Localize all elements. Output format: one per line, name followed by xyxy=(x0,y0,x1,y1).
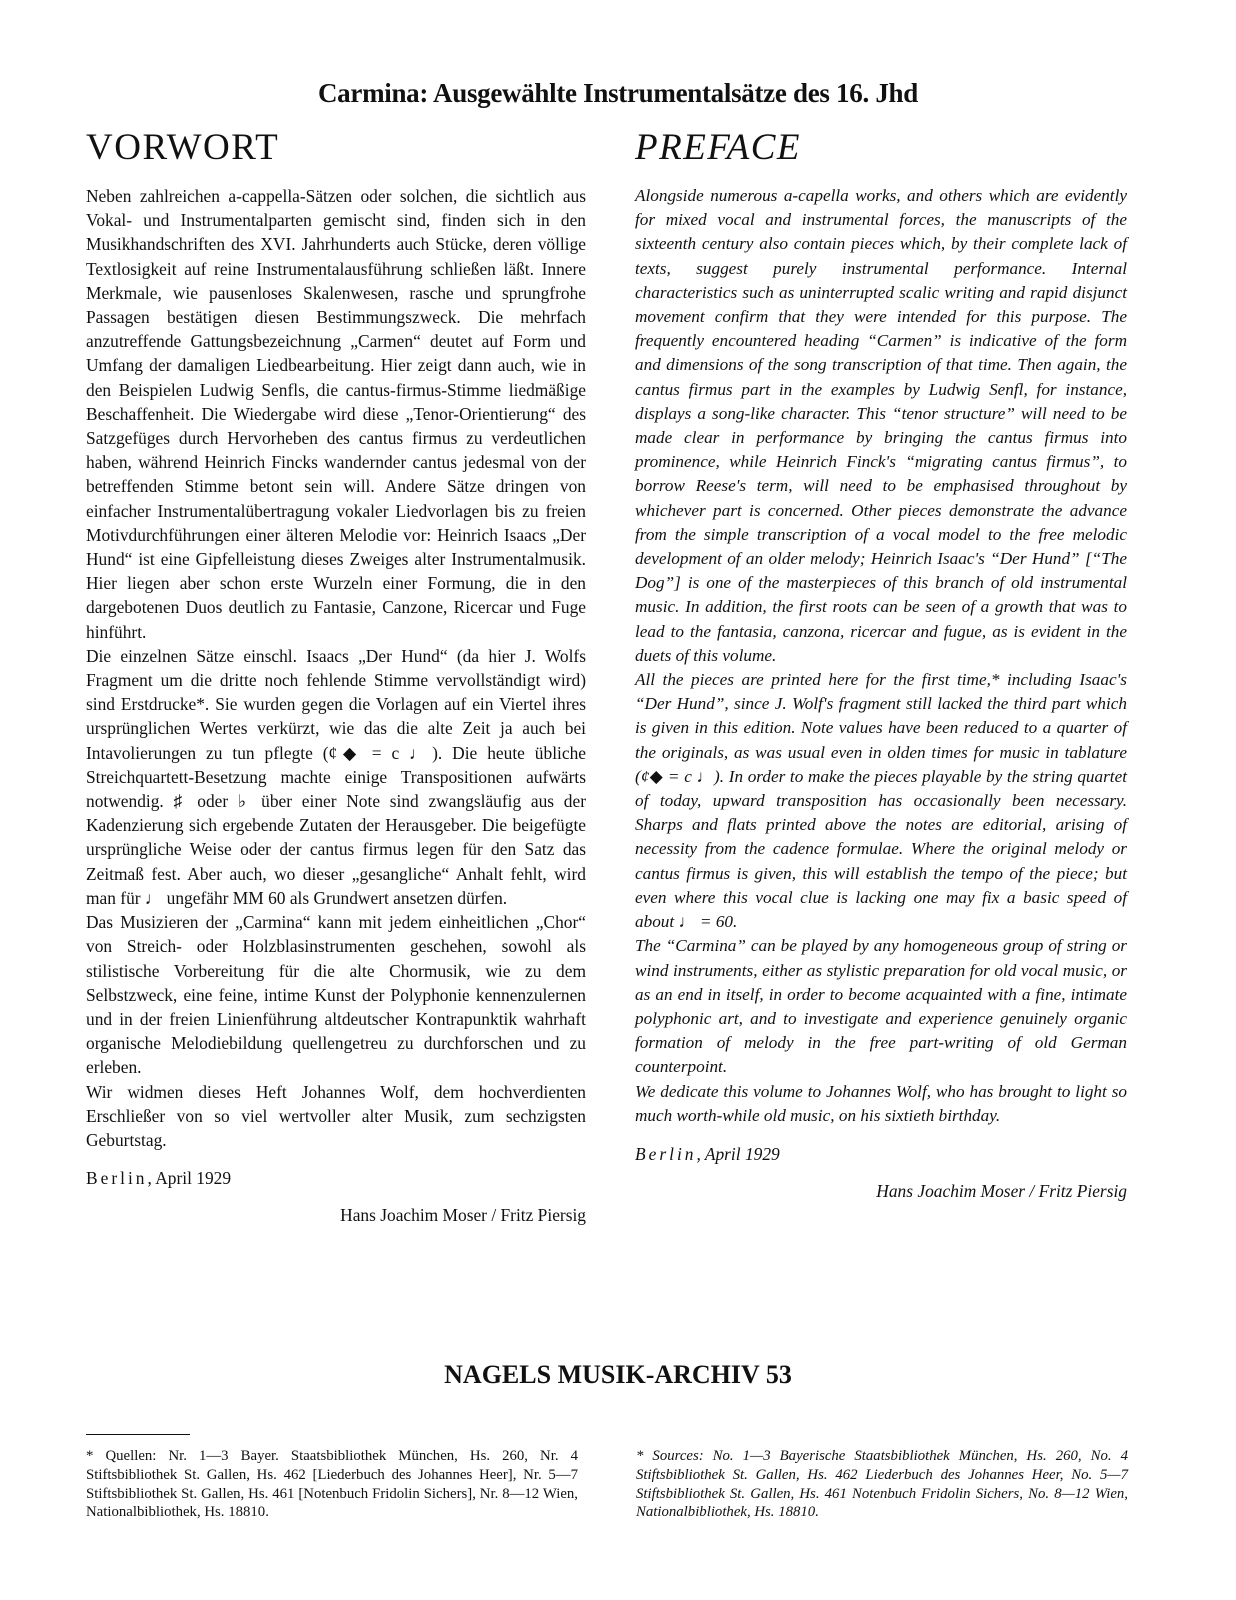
english-paragraph: All the pieces are printed here for the … xyxy=(635,668,1127,934)
german-heading: VORWORT xyxy=(86,126,586,170)
footnote-rule xyxy=(86,1434,190,1435)
german-paragraph: Das Musizieren der „Carmina“ kann mit je… xyxy=(86,910,586,1079)
german-footnote: * Quellen: Nr. 1—3 Bayer. Staatsbiblioth… xyxy=(86,1447,578,1522)
series-title: NAGELS MUSIK-ARCHIV 53 xyxy=(0,1360,1236,1390)
page-title: Carmina: Ausgewählte Instrumentalsätze d… xyxy=(0,78,1236,109)
german-paragraph: Neben zahlreichen a-cappella-Sätzen oder… xyxy=(86,184,586,644)
english-preface-column: PREFACE Alongside numerous a-capella wor… xyxy=(635,126,1127,1202)
german-place-date: Berlin, April 1929 xyxy=(86,1168,586,1189)
english-date: , April 1929 xyxy=(696,1144,779,1164)
english-city: Berlin xyxy=(635,1144,696,1164)
german-date: , April 1929 xyxy=(147,1168,231,1188)
german-preface-column: VORWORT Neben zahlreichen a-cappella-Sät… xyxy=(86,126,586,1226)
english-paragraph: Alongside numerous a-capella works, and … xyxy=(635,184,1127,668)
german-city: Berlin xyxy=(86,1168,147,1188)
english-body: Alongside numerous a-capella works, and … xyxy=(635,184,1127,1128)
english-heading: PREFACE xyxy=(635,126,1127,170)
english-footnote: * Sources: No. 1—3 Bayerische Staatsbibl… xyxy=(636,1447,1128,1522)
english-paragraph: The “Carmina” can be played by any homog… xyxy=(635,934,1127,1079)
german-paragraph: Die einzelnen Sätze einschl. Isaacs „Der… xyxy=(86,644,586,910)
english-signatures: Hans Joachim Moser / Fritz Piersig xyxy=(635,1181,1127,1202)
english-place-date: Berlin, April 1929 xyxy=(635,1144,1127,1165)
german-paragraph: Wir widmen dieses Heft Johannes Wolf, de… xyxy=(86,1080,586,1153)
english-paragraph: We dedicate this volume to Johannes Wolf… xyxy=(635,1080,1127,1128)
german-body: Neben zahlreichen a-cappella-Sätzen oder… xyxy=(86,184,586,1152)
german-signatures: Hans Joachim Moser / Fritz Piersig xyxy=(86,1205,586,1226)
